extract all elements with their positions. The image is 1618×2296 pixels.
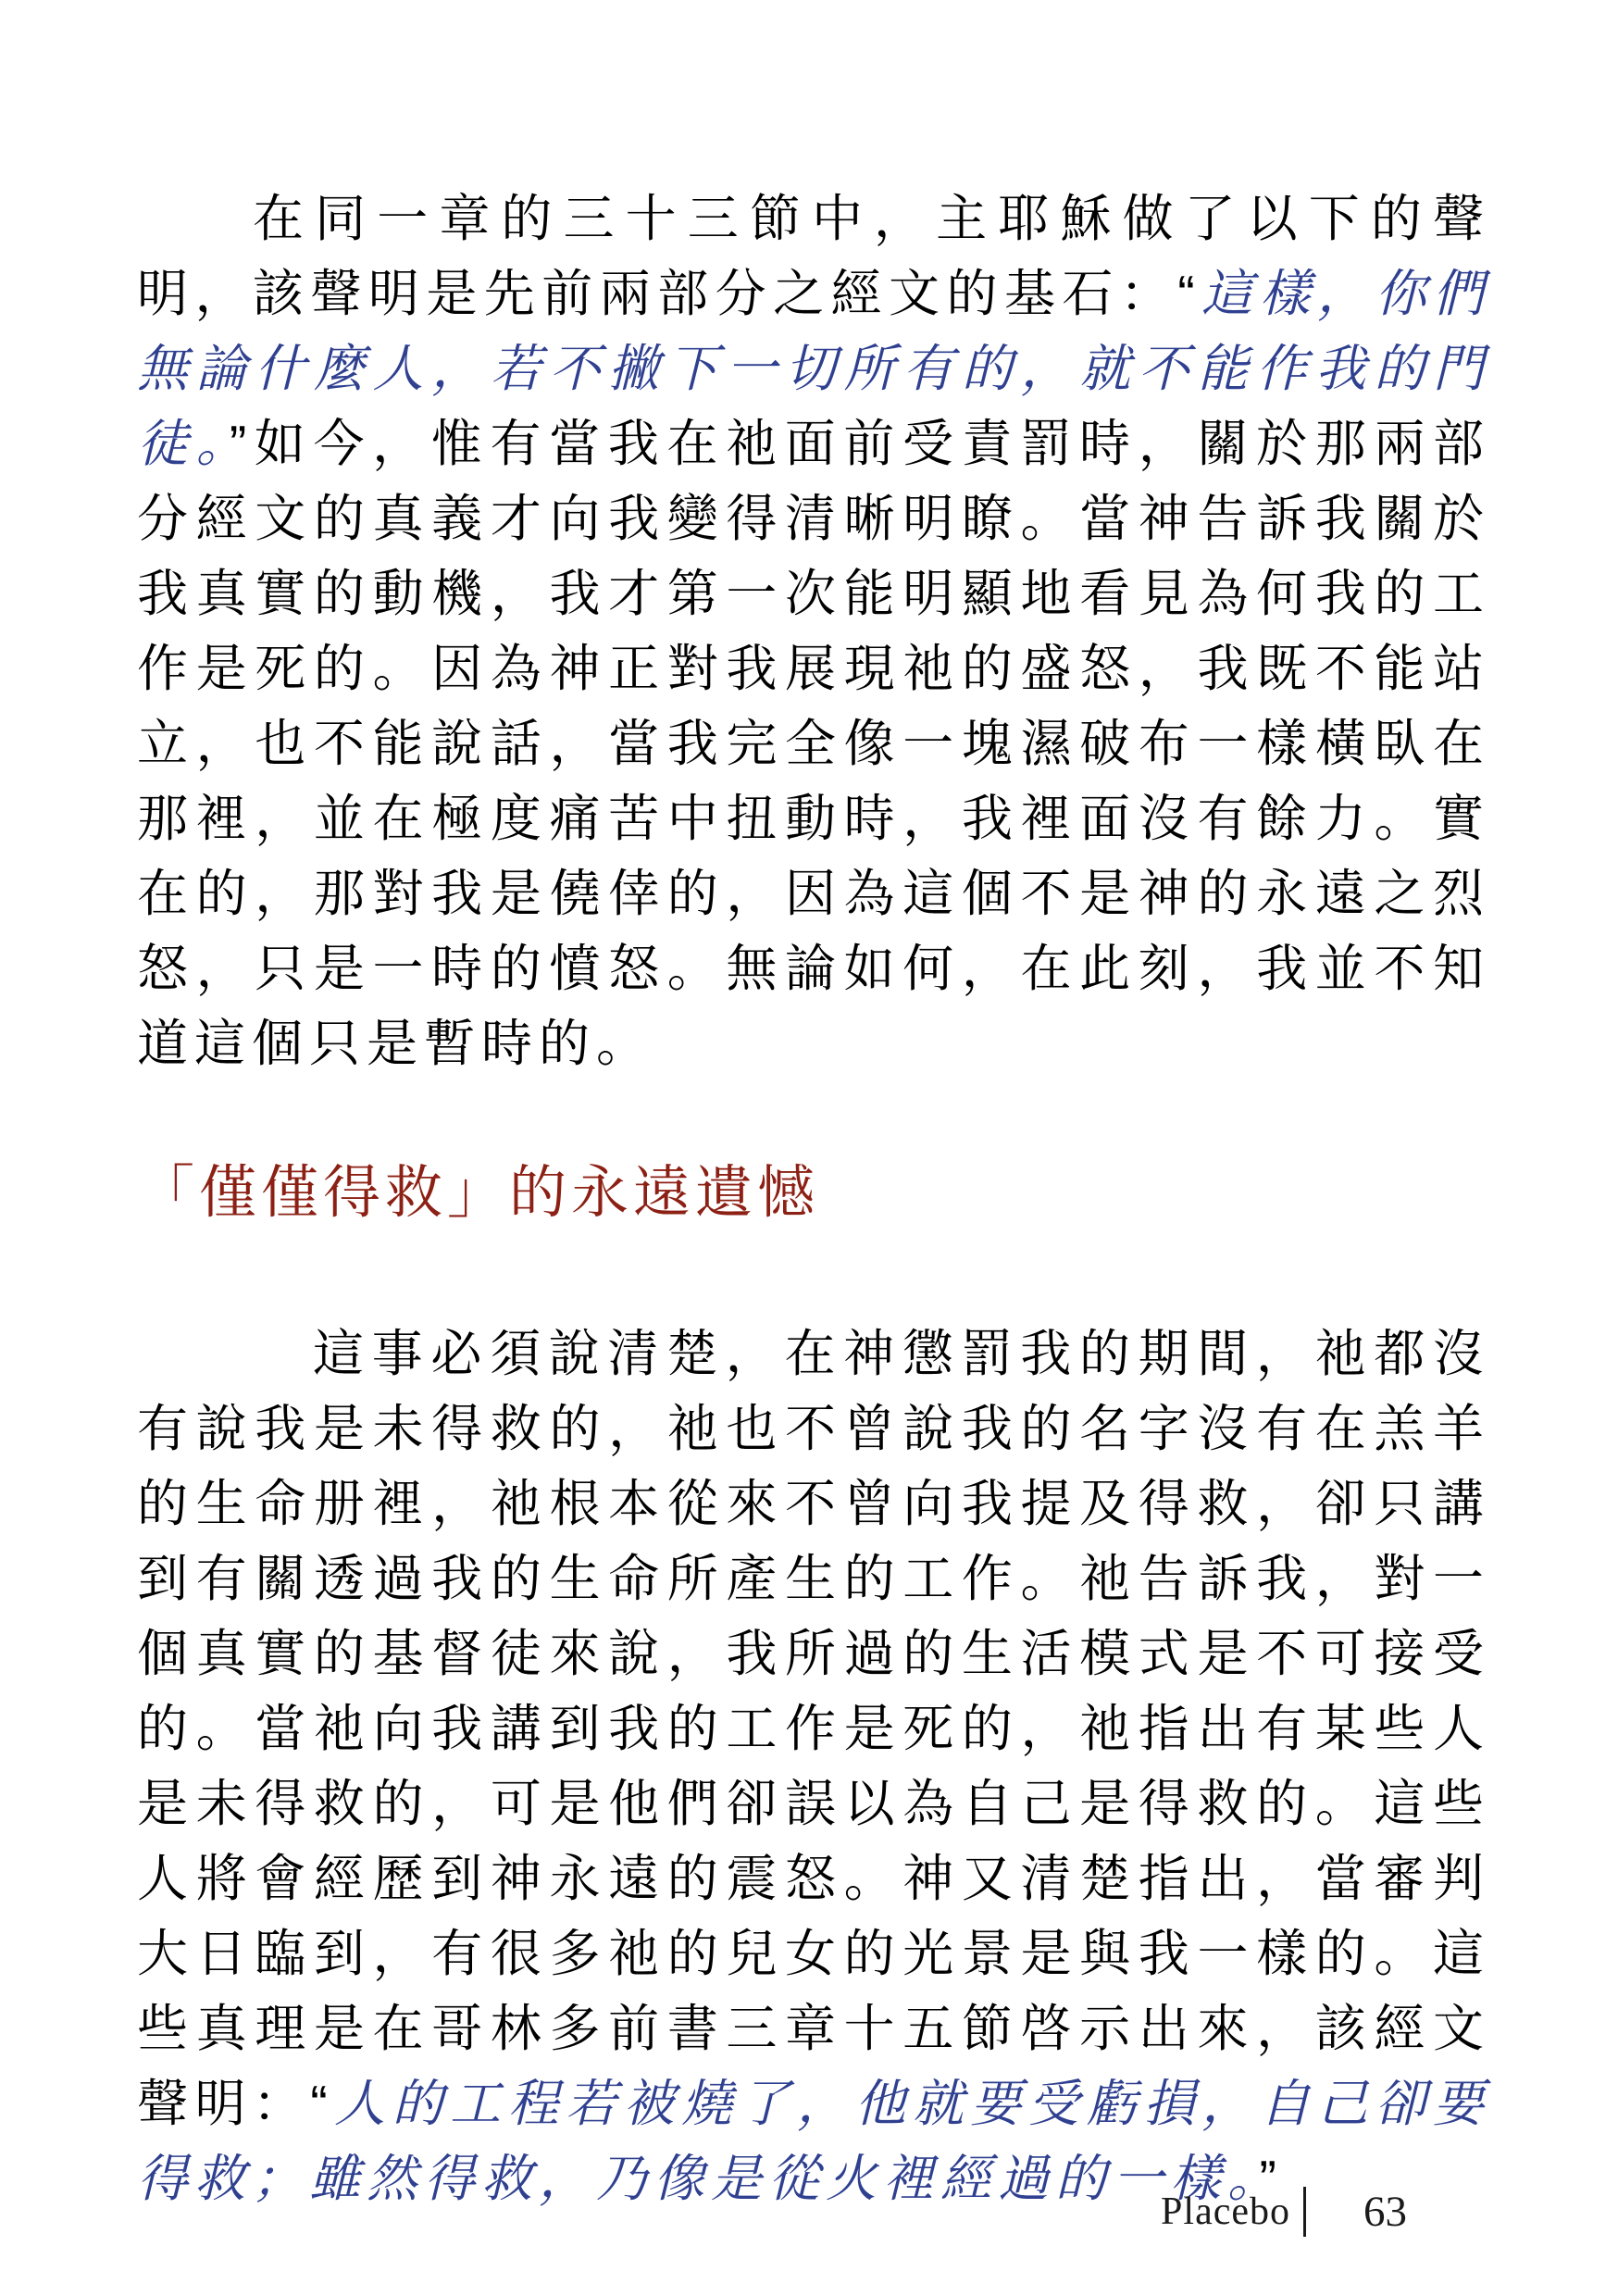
page-content: 在同一章的三十三節中，主耶穌做了以下的聲明，該聲明是先前兩部分之經文的基石：“這… xyxy=(137,181,1490,2216)
page-footer: Placebo 63 xyxy=(1161,2187,1407,2237)
footer-page-number: 63 xyxy=(1363,2187,1407,2237)
paragraph-2: 這事必須說清楚，在神懲罰我的期間，祂都沒有說我是未得救的，祂也不曾說我的名字沒有… xyxy=(137,1316,1490,2216)
footer-book-title: Placebo xyxy=(1161,2190,1290,2234)
footer-divider xyxy=(1303,2187,1306,2237)
paragraph-1-text-continued: ”如今，惟有當我在祂面前受責罰時，關於那兩部分經文的真義才向我變得清晰明瞭。當神… xyxy=(137,415,1490,1072)
paragraph-1: 在同一章的三十三節中，主耶穌做了以下的聲明，該聲明是先前兩部分之經文的基石：“這… xyxy=(137,181,1490,1081)
book-page: 在同一章的三十三節中，主耶穌做了以下的聲明，該聲明是先前兩部分之經文的基石：“這… xyxy=(0,0,1618,2296)
paragraph-2-text: 這事必須說清楚，在神懲罰我的期間，祂都沒有說我是未得救的，祂也不曾說我的名字沒有… xyxy=(137,1325,1490,2132)
section-heading: 「僅僅得救」的永遠遺憾 xyxy=(137,1152,1490,1235)
